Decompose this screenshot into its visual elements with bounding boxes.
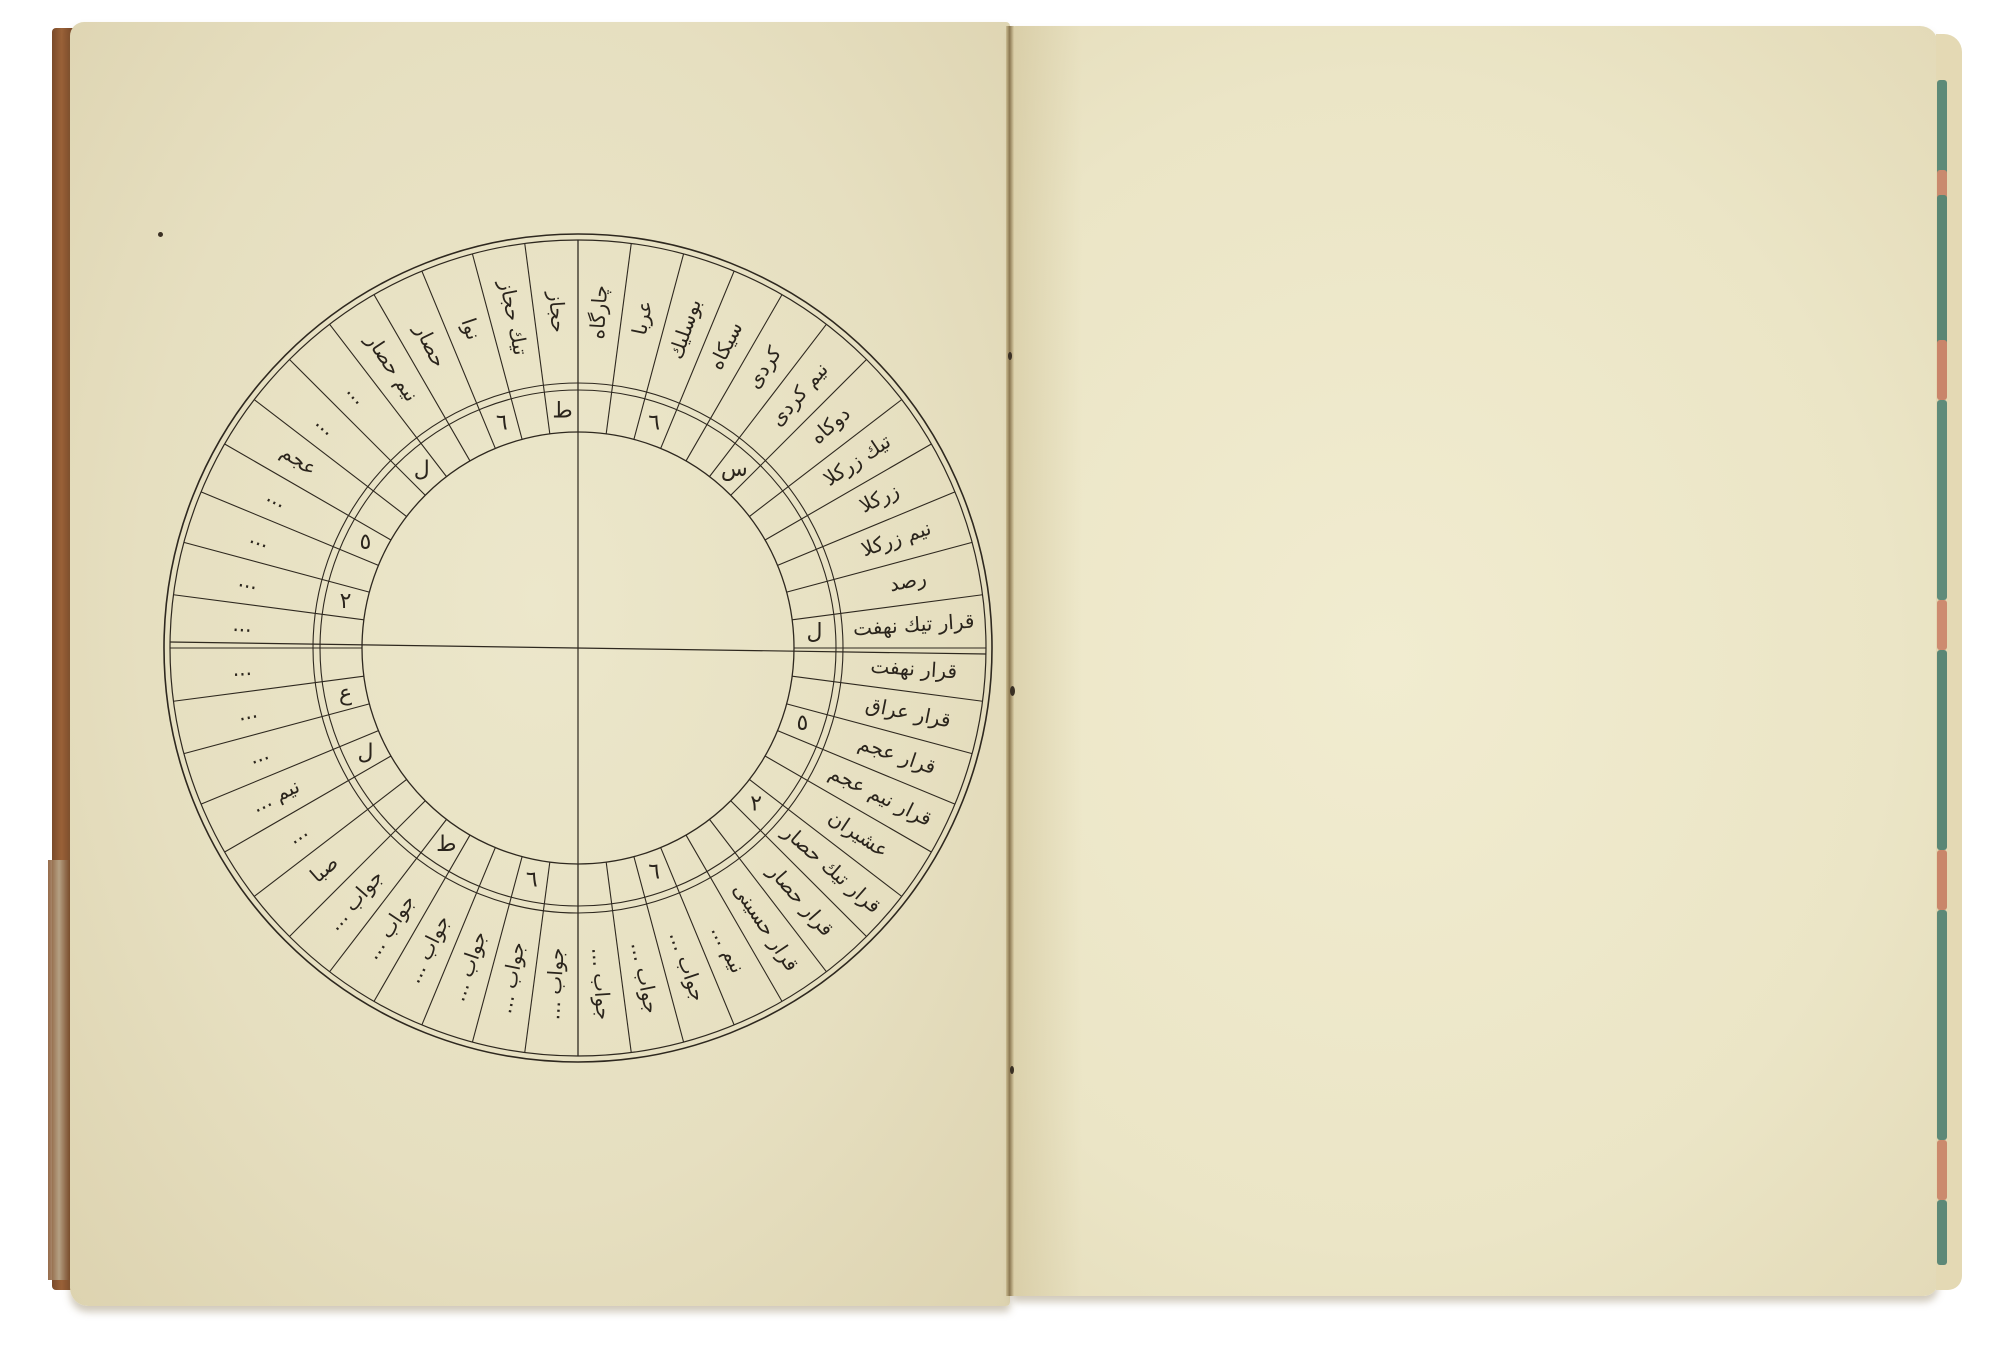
makam-label: جواب ... [540,947,569,1021]
inner-ring-mark: ٦ [648,411,660,436]
sector-divider [606,243,631,433]
sector-divider [173,676,363,701]
makam-label: قرار تیك نهفت [852,609,975,641]
inner-ring-mark: ٥ [360,530,372,555]
inner-ring-mark: ٦ [526,867,538,892]
inner-ring-mark: ل [357,740,373,765]
inner-ring-mark: ط [552,399,572,424]
inner-ring-mark: ٦ [648,859,660,884]
inner-ring-mark: ٢ [340,589,352,614]
makam-label: قرار عراق [864,692,953,732]
makam-label: جواب ... [401,911,455,987]
makam-label: ... [311,410,341,441]
inner-ring-mark: ٥ [797,711,809,736]
makam-label: ... [247,524,273,553]
makam-label: صبا [305,850,343,887]
makam-label: چارگاه [585,284,612,340]
makam-label: جواب ... [445,928,491,1004]
inner-ring-mark: س [721,457,748,482]
sector-divider [173,595,363,620]
makam-label: نیم ... [706,921,750,977]
makam-label: نوا [456,315,486,343]
inner-ring-mark: ل [807,619,823,644]
makam-label: تیك حجاز [494,277,533,357]
makam-label: ... [237,567,260,594]
makam-label: عربا [627,298,657,337]
makam-label: قرار عجم [855,730,939,779]
inner-ring-mark: ٢ [750,791,762,816]
wheel-lines [164,234,992,1062]
makam-label: ... [246,740,272,769]
inner-ring-mark: ل [414,457,430,482]
makam-label: ... [263,483,291,513]
makam-label: جواب ... [587,947,616,1021]
makam-label: ... [232,612,253,637]
makam-label: نیم زركلا [858,515,934,561]
makam-label: جواب ... [626,940,664,1016]
inner-ring-mark: ع [339,681,352,706]
makam-label: ... [342,379,373,409]
makam-label: رصد [887,565,928,596]
makam-wheel-diagram: چارگاهعربابوسلیكسیكاهكردینیم كردیدوكاهتی… [0,0,2000,1346]
makam-label: ... [283,818,312,849]
inner-ring-mark: ط [436,832,456,857]
makam-label: ... [236,699,259,726]
makam-label: حجاز [544,290,571,334]
inner-ring-mark: ٦ [496,411,508,436]
makam-label: جواب ... [665,928,711,1004]
makam-label: ... [232,656,253,681]
makam-label: جواب ... [492,940,530,1016]
makam-label: قرار نهفت [870,654,958,684]
